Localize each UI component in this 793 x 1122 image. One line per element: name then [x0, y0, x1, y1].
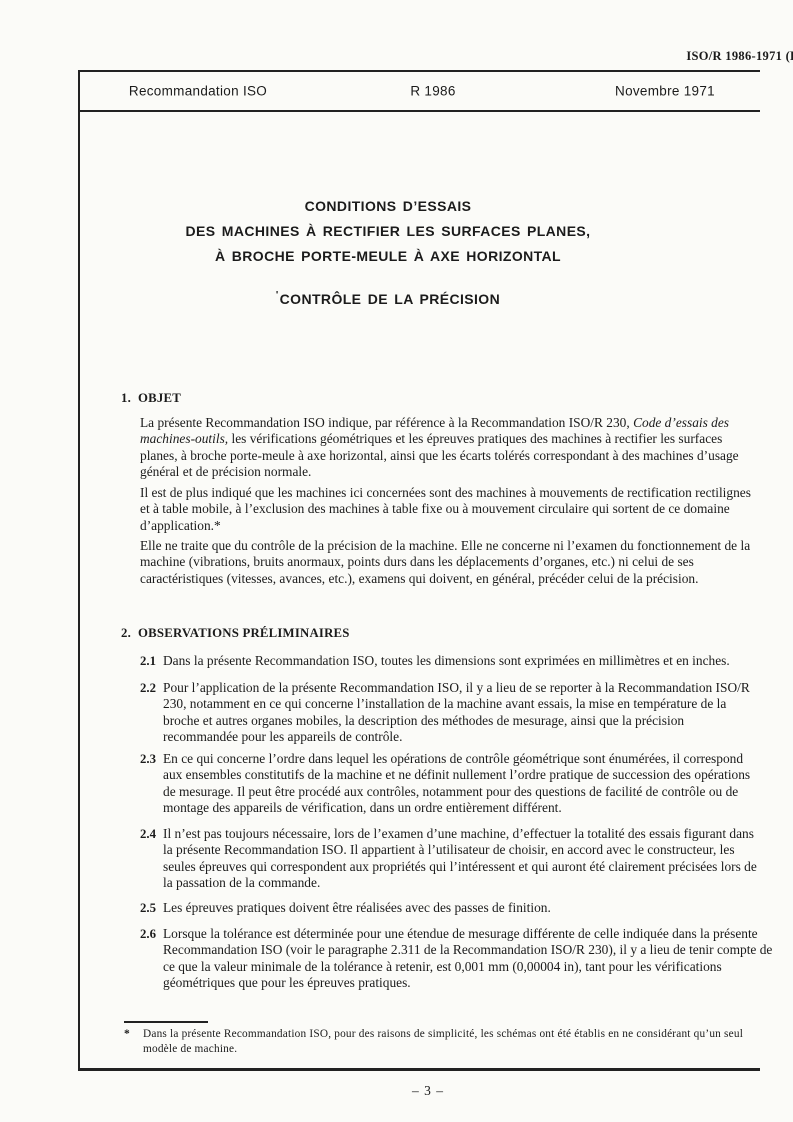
section-1-paragraph-1: La présente Recommandation ISO indique, …: [140, 415, 758, 481]
section-2-number: 2.: [121, 626, 131, 640]
section-1-paragraph-3: Elle ne traite que du contrôle de la pré…: [140, 538, 758, 587]
list-item-2-5: 2.5 Les épreuves pratiques doivent être …: [140, 900, 759, 916]
item-text: Lorsque la tolérance est déterminée pour…: [163, 926, 775, 992]
list-item-2-6: 2.6 Lorsque la tolérance est déterminée …: [140, 926, 775, 992]
section-2-label: OBSERVATIONS PRÉLIMINAIRES: [138, 626, 350, 640]
item-number: 2.5: [140, 900, 163, 916]
subtitle-text: CONTRÔLE DE LA PRÉCISION: [280, 291, 500, 307]
list-item-2-4: 2.4 Il n’est pas toujours nécessaire, lo…: [140, 826, 759, 892]
section-2-heading: 2.OBSERVATIONS PRÉLIMINAIRES: [121, 626, 350, 641]
item-number: 2.6: [140, 926, 163, 942]
section-1-heading: 1.OBJET: [121, 391, 181, 406]
list-item-2-3: 2.3 En ce qui concerne l’ordre dans lequ…: [140, 751, 759, 817]
title-line-3: À BROCHE PORTE-MEULE À AXE HORIZONTAL: [78, 244, 698, 269]
section-1-paragraph-2: Il est de plus indiqué que les machines …: [140, 485, 758, 534]
list-item-2-2: 2.2 Pour l’application de la présente Re…: [140, 680, 759, 746]
title-block: CONDITIONS D’ESSAIS DES MACHINES À RECTI…: [78, 194, 698, 269]
header-date: Novembre 1971: [615, 84, 715, 99]
footnote-divider: [124, 1021, 208, 1023]
document-reference: ISO/R 1986-1971 (F: [686, 49, 793, 64]
item-text: Il n’est pas toujours nécessaire, lors d…: [163, 826, 759, 892]
item-text: Les épreuves pratiques doivent être réal…: [163, 900, 759, 916]
item-text: Pour l’application de la présente Recomm…: [163, 680, 759, 746]
item-text: En ce qui concerne l’ordre dans lequel l…: [163, 751, 759, 817]
list-item-2-1: 2.1 Dans la présente Recommandation ISO,…: [140, 653, 759, 669]
document-page: ISO/R 1986-1971 (F Recommandation ISO R …: [0, 0, 793, 1122]
subtitle-stray-mark: ': [276, 290, 279, 301]
item-number: 2.1: [140, 653, 163, 669]
page-number: – 3 –: [78, 1083, 778, 1099]
header-row: Recommandation ISO R 1986 Novembre 1971: [80, 72, 760, 112]
paragraph-text: La présente Recommandation ISO indique, …: [140, 415, 633, 430]
section-1-number: 1.: [121, 391, 131, 405]
item-number: 2.3: [140, 751, 163, 767]
footnote: * Dans la présente Recommandation ISO, p…: [124, 1027, 758, 1057]
title-line-2: DES MACHINES À RECTIFIER LES SURFACES PL…: [78, 219, 698, 244]
header-ref: R 1986: [410, 84, 455, 99]
footnote-text: Dans la présente Recommandation ISO, pou…: [143, 1027, 758, 1057]
item-text: Dans la présente Recommandation ISO, tou…: [163, 653, 759, 669]
footnote-marker: *: [124, 1027, 143, 1042]
subtitle: 'CONTRÔLE DE LA PRÉCISION: [78, 290, 698, 307]
paragraph-text: les vérifications géométriques et les ép…: [140, 431, 739, 479]
header-org: Recommandation ISO: [129, 84, 267, 99]
section-1-label: OBJET: [138, 391, 181, 405]
title-line-1: CONDITIONS D’ESSAIS: [78, 194, 698, 219]
item-number: 2.2: [140, 680, 163, 696]
item-number: 2.4: [140, 826, 163, 842]
